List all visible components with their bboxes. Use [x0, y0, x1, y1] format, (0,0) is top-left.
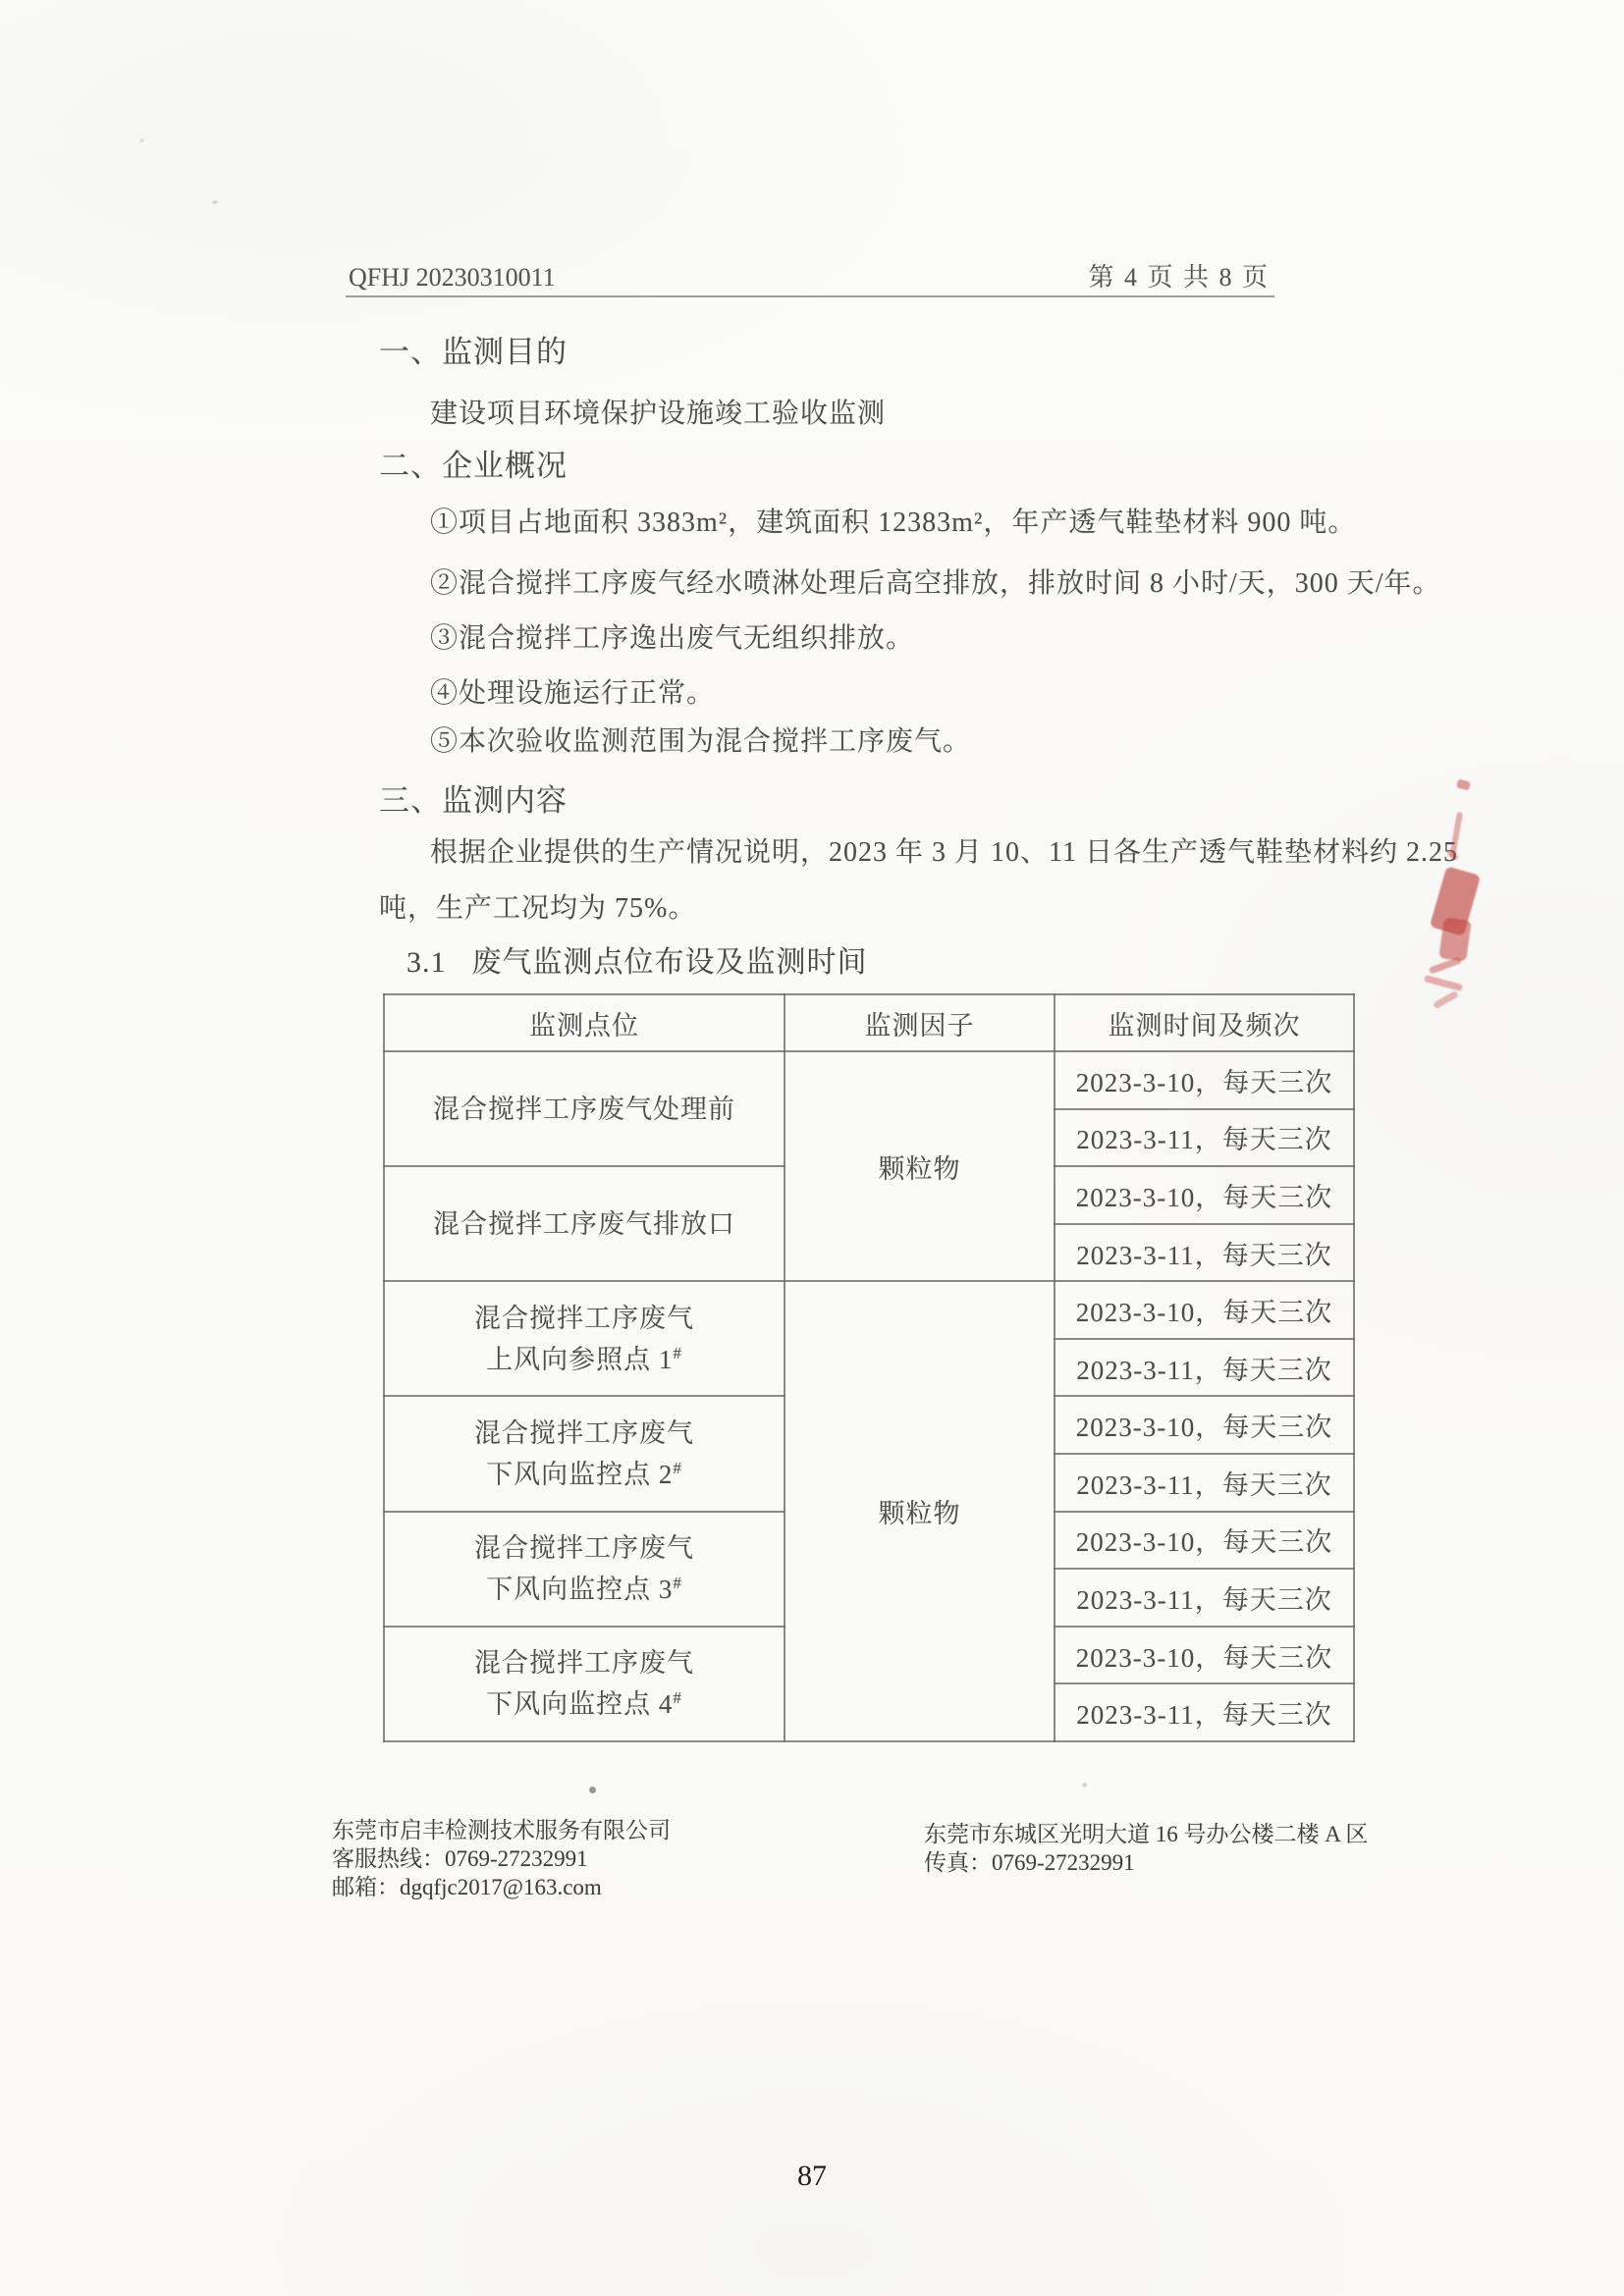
red-ink-mark — [1438, 917, 1472, 961]
cell-location: 混合搅拌工序废气 下风向监控点 4# — [384, 1627, 785, 1741]
red-ink-mark — [1456, 778, 1471, 790]
red-ink-mark — [1429, 956, 1462, 974]
footer-fax: 传真：0769-27232991 — [924, 1848, 1368, 1877]
red-ink-mark — [1433, 990, 1459, 1010]
content-paragraph-line1: 根据企业提供的生产情况说明，2023 年 3 月 10、11 日各生产透气鞋垫材… — [430, 830, 1458, 870]
footer-company-name: 东莞市启丰检测技术服务有限公司 — [332, 1816, 671, 1844]
company-item-2: ②混合搅拌工序废气经水喷淋处理后高空排放，排放时间 8 小时/天，300 天/年… — [430, 561, 1441, 601]
scan-speck — [139, 138, 144, 142]
scan-speck — [1082, 1783, 1087, 1788]
cell-time: 2023-3-10，每天三次 — [1055, 1396, 1354, 1454]
monitoring-table: 监测点位 监测因子 监测时间及频次 混合搅拌工序废气处理前 颗粒物 2023-3… — [383, 993, 1355, 1742]
red-ink-mark — [1424, 975, 1463, 991]
subsection-3-1-heading: 3.1废气监测点位布设及监测时间 — [406, 937, 868, 981]
doc-number: QFHJ 20230310011 — [349, 263, 556, 293]
cell-location: 混合搅拌工序废气 下风向监控点 3# — [384, 1512, 785, 1627]
cell-location: 混合搅拌工序废气处理前 — [384, 1051, 785, 1166]
cell-factor: 颗粒物 — [785, 1051, 1055, 1281]
company-item-4: ④处理设施运行正常。 — [430, 671, 715, 711]
table-row: 混合搅拌工序废气处理前 颗粒物 2023-3-10，每天三次 — [384, 1051, 1354, 1109]
table-row: 混合搅拌工序废气 上风向参照点 1# 颗粒物 2023-3-10，每天三次 — [384, 1281, 1354, 1339]
footer-address: 东莞市东城区光明大道 16 号办公楼二楼 A 区 — [924, 1820, 1368, 1848]
cell-location: 混合搅拌工序废气 上风向参照点 1# — [384, 1281, 785, 1396]
cell-time: 2023-3-10，每天三次 — [1055, 1512, 1354, 1570]
footer-email: 邮箱：dgqfjc2017@163.com — [332, 1873, 671, 1901]
company-item-3: ③混合搅拌工序逸出废气无组织排放。 — [430, 616, 914, 656]
col-header-location: 监测点位 — [384, 994, 785, 1051]
scan-speck — [212, 200, 218, 204]
cell-time: 2023-3-11，每天三次 — [1055, 1569, 1354, 1627]
company-item-1: ①项目占地面积 3383m²，建筑面积 12383m²，年产透气鞋垫材料 900… — [430, 501, 1356, 540]
cell-location: 混合搅拌工序废气排放口 — [384, 1166, 785, 1281]
table-header-row: 监测点位 监测因子 监测时间及频次 — [384, 994, 1354, 1051]
cell-location: 混合搅拌工序废气 下风向监控点 2# — [384, 1396, 785, 1511]
purpose-body: 建设项目环境保护设施竣工验收监测 — [430, 392, 886, 431]
footer-company-block: 东莞市启丰检测技术服务有限公司 客服热线：0769-27232991 邮箱：dg… — [332, 1816, 671, 1901]
subsection-number: 3.1 — [406, 946, 447, 979]
subsection-title: 废气监测点位布设及监测时间 — [472, 946, 868, 979]
page-number: 87 — [0, 2160, 1624, 2193]
page-header: QFHJ 20230310011 第 4 页 共 8 页 — [349, 257, 1270, 294]
page-indicator: 第 4 页 共 8 页 — [1088, 257, 1270, 294]
cell-time: 2023-3-11，每天三次 — [1055, 1683, 1354, 1741]
cell-time: 2023-3-10，每天三次 — [1055, 1627, 1354, 1684]
cell-time: 2023-3-11，每天三次 — [1055, 1224, 1354, 1282]
section-heading-purpose: 一、监测目的 — [379, 327, 568, 371]
scan-speck — [589, 1787, 596, 1793]
cell-time: 2023-3-10，每天三次 — [1055, 1166, 1354, 1224]
content-paragraph-line2: 吨，生产工况均为 75%。 — [379, 886, 696, 926]
footer-hotline: 客服热线：0769-27232991 — [332, 1844, 671, 1873]
section-heading-company: 二、企业概况 — [379, 441, 568, 485]
cell-factor: 颗粒物 — [785, 1281, 1055, 1741]
cell-time: 2023-3-11，每天三次 — [1055, 1454, 1354, 1512]
document-page: QFHJ 20230310011 第 4 页 共 8 页 一、监测目的 建设项目… — [0, 0, 1624, 2296]
col-header-factor: 监测因子 — [785, 994, 1055, 1051]
footer-address-block: 东莞市东城区光明大道 16 号办公楼二楼 A 区 传真：0769-2723299… — [924, 1820, 1368, 1877]
cell-time: 2023-3-10，每天三次 — [1055, 1281, 1354, 1339]
header-rule — [346, 295, 1274, 297]
cell-time: 2023-3-10，每天三次 — [1055, 1051, 1354, 1109]
col-header-time: 监测时间及频次 — [1055, 994, 1354, 1051]
section-heading-content: 三、监测内容 — [379, 775, 568, 820]
cell-time: 2023-3-11，每天三次 — [1055, 1109, 1354, 1167]
company-item-5: ⑤本次验收监测范围为混合搅拌工序废气。 — [430, 720, 971, 759]
cell-time: 2023-3-11，每天三次 — [1055, 1339, 1354, 1397]
